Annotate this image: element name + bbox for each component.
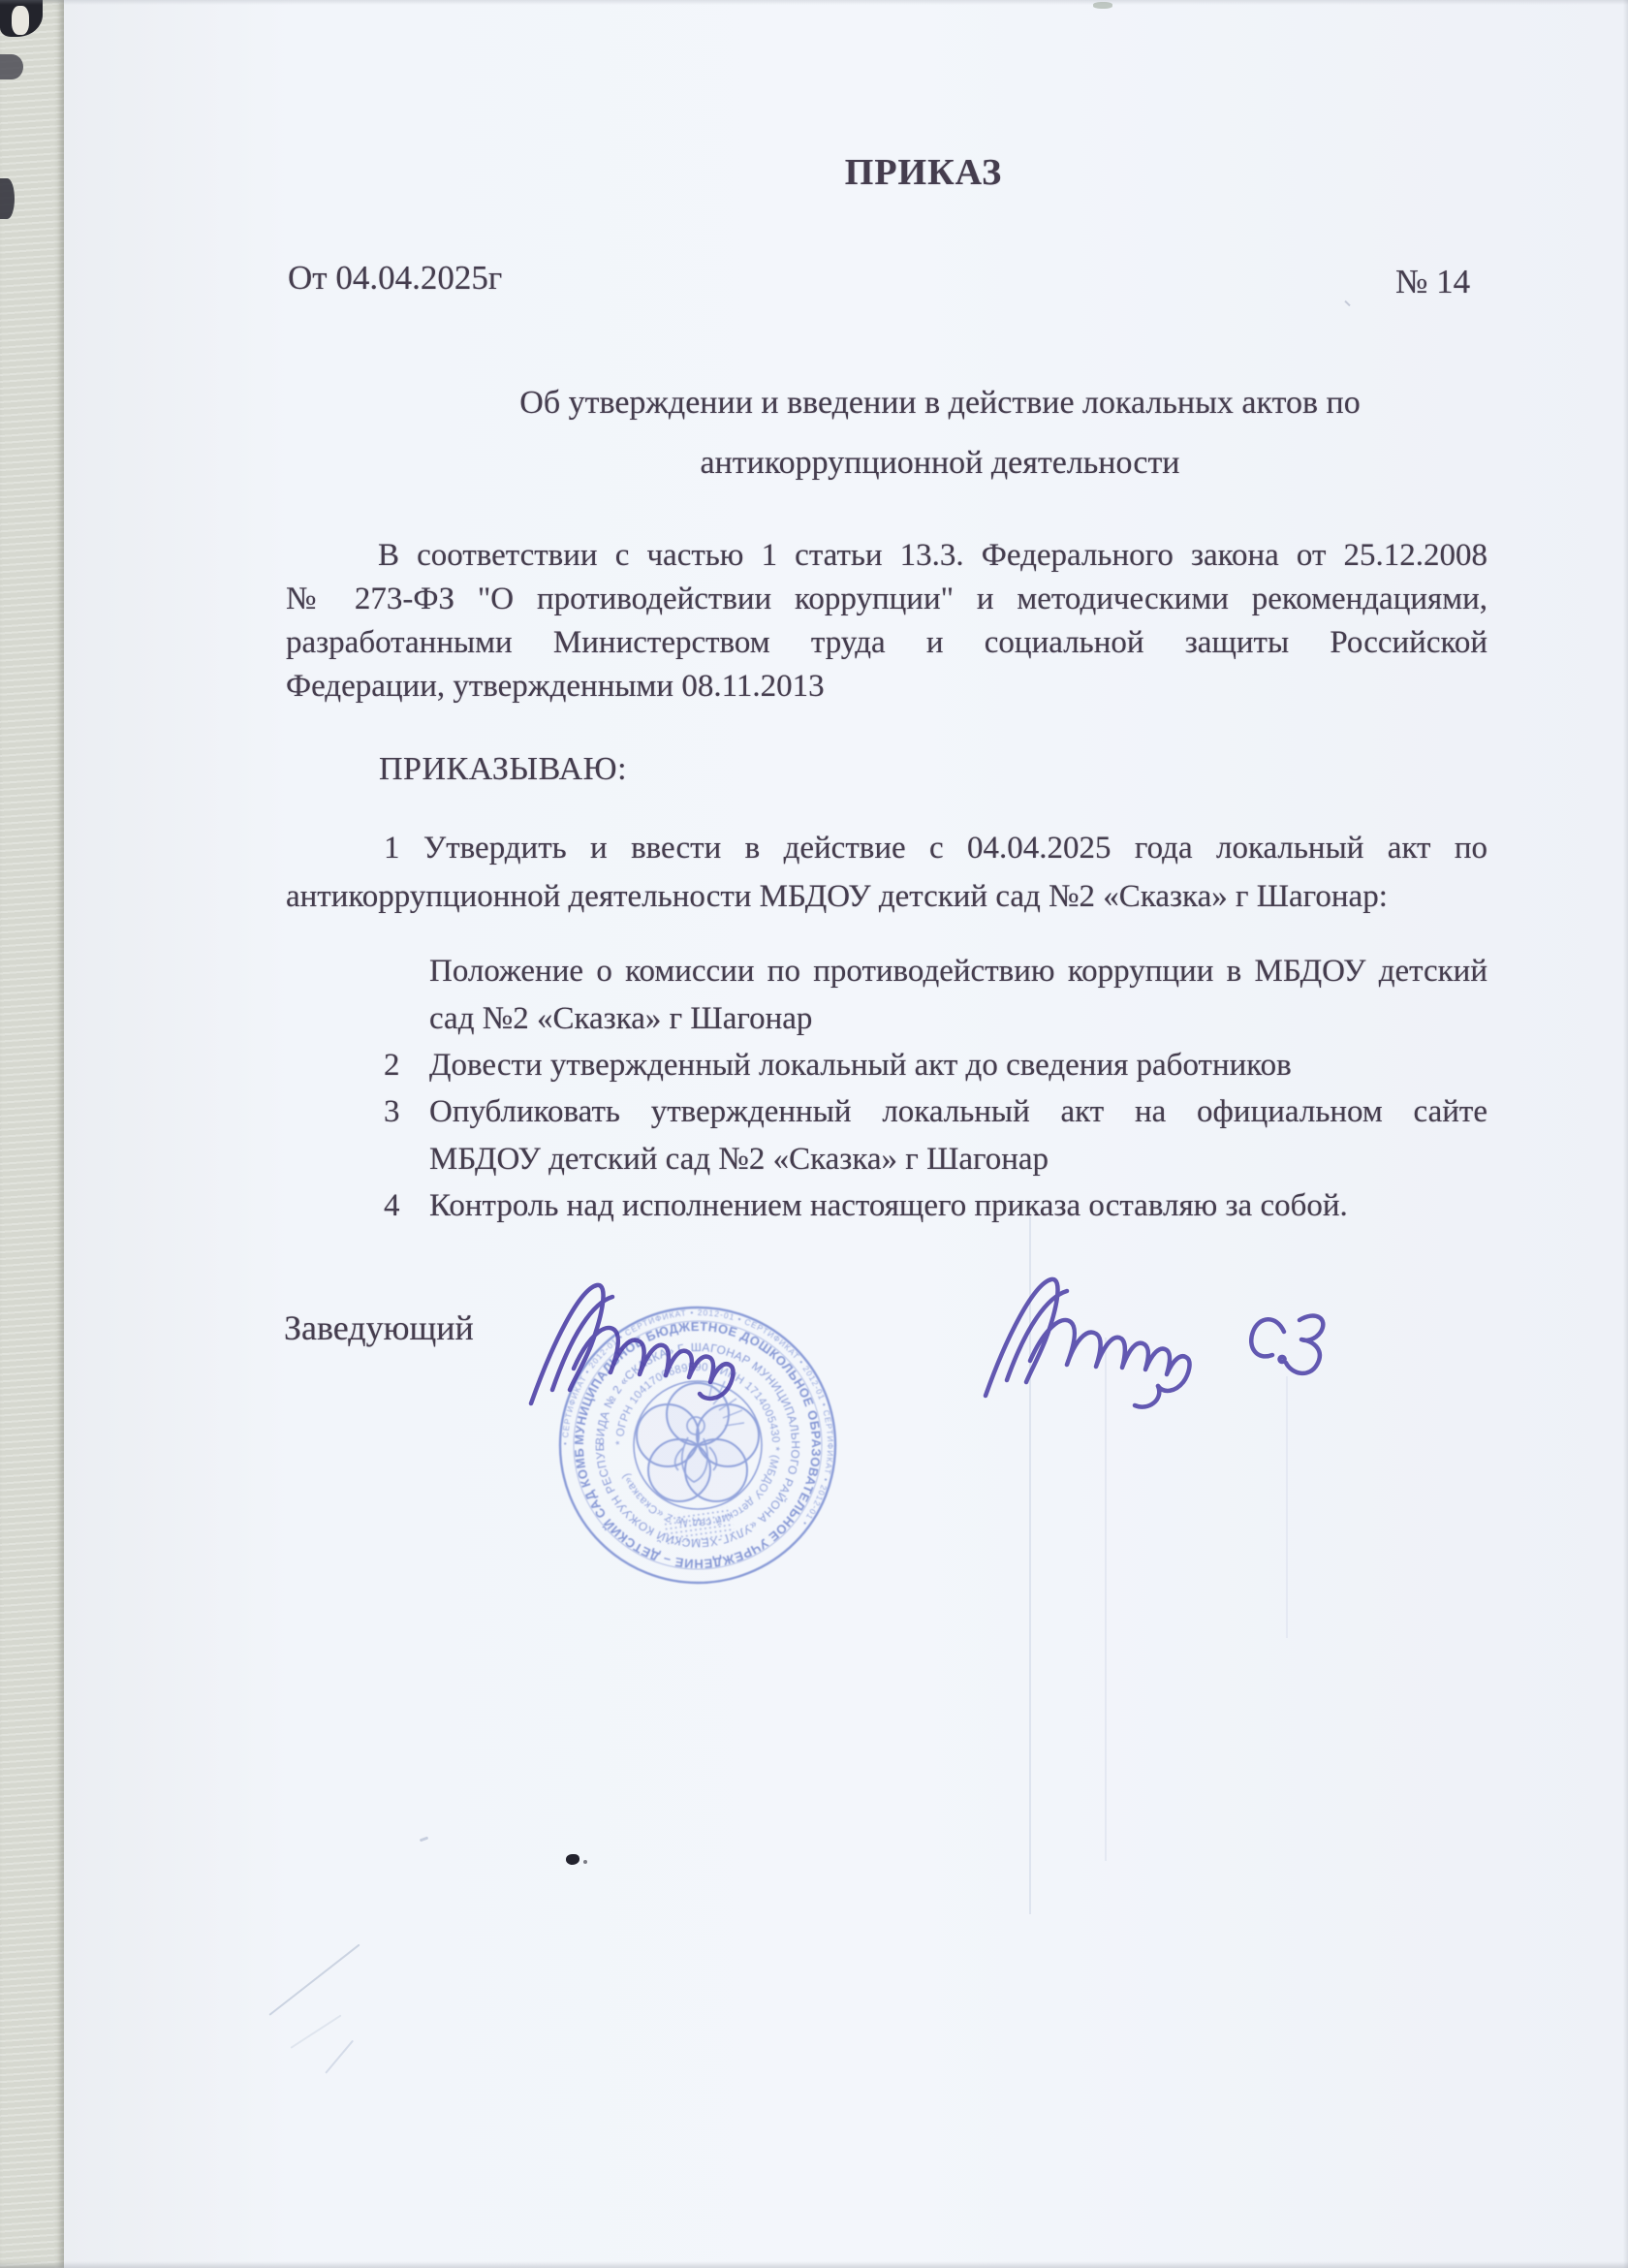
subject-line-2: антикоррупционной деятельности (310, 444, 1570, 484)
intro-line-4: Федерации, утвержденными 08.11.2013 (286, 668, 825, 707)
document-date: От 04.04.2025г (288, 258, 502, 299)
scan-speck-top (1093, 2, 1112, 9)
item-2-text: Довести утвержденный локальный акт до св… (429, 1047, 1292, 1086)
order-word: ПРИКАЗЫВАЮ: (379, 750, 627, 790)
document-title: ПРИКАЗ (294, 151, 1553, 196)
paper-speck (1344, 300, 1350, 306)
scanned-order-document: { "page": { "paper_color": "#f3f6fb", "i… (0, 0, 1628, 2268)
signature-role-label: Заведующий (284, 1307, 474, 1349)
intro-line-2: № 273-ФЗ "О противодействии коррупции" и… (286, 581, 1487, 619)
ink-dot-artifact (566, 1854, 579, 1865)
scan-edge-top (0, 0, 1628, 5)
item-3-number: 3 (384, 1093, 400, 1132)
intro-line-3: разработанными Министерством труда и соц… (286, 624, 1487, 663)
handwritten-name (974, 1272, 1391, 1427)
item-4-text: Контроль над исполнением настоящего прик… (429, 1187, 1348, 1226)
sub-item-line-2: сад №2 «Сказка» г Шагонар (429, 1000, 812, 1039)
item-4-number: 4 (384, 1187, 400, 1226)
intro-line-1: В соответствии с частью 1 статьи 13.3. Ф… (286, 537, 1487, 576)
pencil-stroke-faint (290, 2014, 341, 2048)
order-item-1-line-1: 1 Утвердить и ввести в действие с 04.04.… (286, 830, 1487, 868)
scan-edge-right (1623, 0, 1628, 2268)
order-item-3: 3 Опубликовать утвержденный локальный ак… (286, 1093, 1487, 1137)
item-3-text-line-1: Опубликовать утвержденный локальный акт … (429, 1093, 1487, 1132)
order-item-1-line-2: антикоррупционной деятельности МБДОУ дет… (286, 878, 1388, 917)
scan-smudge-blob (0, 178, 15, 219)
handwritten-signature (523, 1276, 814, 1421)
scan-smudge-small (0, 54, 23, 79)
item-3-text-line-2: МБДОУ детский сад №2 «Сказка» г Шагонар (429, 1141, 1049, 1180)
order-item-2: 2 Довести утвержденный локальный акт до … (286, 1047, 1487, 1090)
order-item-4: 4 Контроль над исполнением настоящего пр… (286, 1187, 1487, 1231)
ink-dot-artifact-small (583, 1860, 587, 1864)
item-2-number: 2 (384, 1047, 400, 1086)
scan-edge-bottom (0, 2261, 1628, 2268)
subject-line-1: Об утверждении и введении в действие лок… (310, 384, 1570, 424)
document-number: № 14 (1395, 262, 1470, 302)
pencil-stroke-short (325, 2040, 354, 2074)
pencil-stroke (268, 1944, 360, 2016)
scan-corner-chip (12, 6, 29, 35)
sub-item-line-1: Положение о комиссии по противодействию … (429, 953, 1487, 992)
scan-edge-band (0, 0, 64, 2268)
pencil-speck (420, 1837, 428, 1843)
